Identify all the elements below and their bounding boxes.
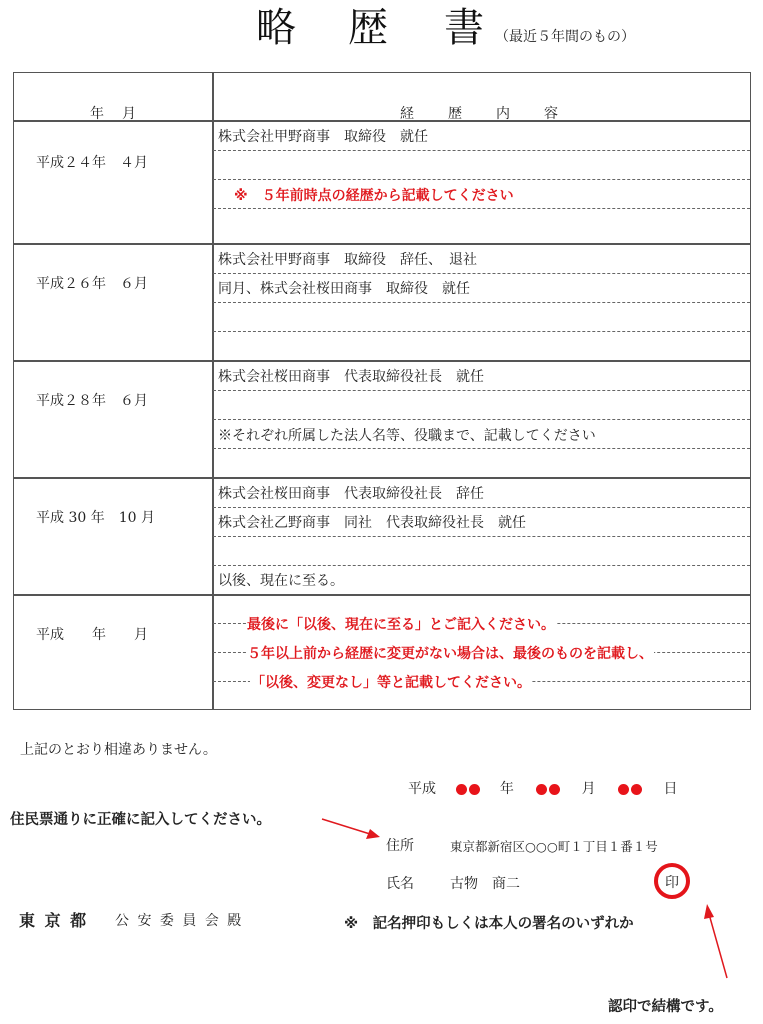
addressee-prefecture: 東 京 都 xyxy=(19,908,88,931)
seal-circle: 印 xyxy=(654,863,690,899)
date-day-label: 日 xyxy=(663,781,677,797)
row-2-line-2: 同月、株式会社桜田商事 取締役 就任 xyxy=(218,278,470,298)
row-2-date: 平成２６年 ６月 xyxy=(36,273,148,293)
row-divider xyxy=(14,477,750,479)
row-1-date: 平成２４年 ４月 xyxy=(36,152,148,172)
dashed-rule xyxy=(213,302,750,303)
title-char-2: 歴 xyxy=(348,4,388,52)
seal-note: 認印で結構です。 xyxy=(608,995,723,1016)
day-dot xyxy=(631,784,642,795)
row-divider xyxy=(14,243,750,245)
dashed-rule xyxy=(213,390,750,391)
dashed-rule xyxy=(213,419,750,420)
row-4-date: 平成 30 年 10 月 xyxy=(36,507,155,527)
row-4-line-2: 株式会社乙野商事 同社 代表取締役社長 就任 xyxy=(218,512,526,532)
year-dot xyxy=(469,784,480,795)
dashed-rule xyxy=(213,331,750,332)
dashed-rule xyxy=(213,565,750,566)
signature-date: 平成 年 月 日 xyxy=(408,778,677,798)
document-title: 略 歴 書 （最近５年間のもの） xyxy=(0,0,763,60)
arrow-icon xyxy=(700,900,734,982)
row-5-instruction-3: 「以後、変更なし」等と記載してください。 xyxy=(250,672,532,692)
row-2-line-1: 株式会社甲野商事 取締役 辞任、 退社 xyxy=(218,249,477,269)
row-3-note: ※それぞれ所属した法人名等、役職まで、記載してください xyxy=(218,425,596,445)
address-value: 東京都新宿区○○○町１丁目１番１号 xyxy=(450,837,658,855)
seal-label: 印 xyxy=(658,872,686,892)
row-1-line-1: 株式会社甲野商事 取締役 就任 xyxy=(218,126,428,146)
declaration-text: 上記のとおり相違ありません。 xyxy=(20,739,217,759)
address-note: 住民票通りに正確に記入してください。 xyxy=(10,808,271,829)
history-table: 年 月 経 歴 内 容 平成２４年 ４月 株式会社甲野商事 取締役 就任 ※ ５… xyxy=(13,72,751,710)
dashed-rule xyxy=(213,448,750,449)
row-3-line-1: 株式会社桜田商事 代表取締役社長 就任 xyxy=(218,366,484,386)
name-value: 古物 商二 xyxy=(450,873,520,893)
dashed-rule xyxy=(213,273,750,274)
title-char-3: 書 xyxy=(444,4,484,52)
row-5-instruction-1: 最後に「以後、現在に至る」とご記入ください。 xyxy=(246,614,556,634)
day-dot xyxy=(618,784,629,795)
date-month-label: 月 xyxy=(582,781,596,797)
month-dot xyxy=(536,784,547,795)
date-year-label: 年 xyxy=(500,781,514,797)
row-5-date: 平成 年 月 xyxy=(36,624,148,644)
row-5-instruction-2: ５年以上前から経歴に変更がない場合は、最後のものを記載し、 xyxy=(246,643,654,663)
title-char-1: 略 xyxy=(256,4,296,52)
row-divider xyxy=(14,594,750,596)
month-dot xyxy=(549,784,560,795)
address-label: 住所 xyxy=(386,835,414,855)
row-4-line-1: 株式会社桜田商事 代表取締役社長 辞任 xyxy=(218,483,484,503)
dashed-rule xyxy=(213,507,750,508)
title-subtitle: （最近５年間のもの） xyxy=(495,26,635,46)
row-divider xyxy=(14,360,750,362)
arrow-icon xyxy=(318,815,382,841)
dashed-rule xyxy=(213,536,750,537)
row-1-instruction: ※ ５年前時点の経歴から記載してください xyxy=(234,185,514,205)
dashed-rule xyxy=(213,150,750,151)
column-divider xyxy=(212,73,214,709)
addressee-office: 公 安 委 員 会 殿 xyxy=(115,910,243,930)
dashed-rule xyxy=(213,208,750,209)
date-era: 平成 xyxy=(408,781,436,797)
sign-note: ※ 記名押印もしくは本人の署名のいずれか xyxy=(344,912,634,933)
dashed-rule xyxy=(213,179,750,180)
row-divider xyxy=(14,120,750,122)
row-4-line-4: 以後、現在に至る。 xyxy=(218,570,344,590)
name-label: 氏名 xyxy=(386,873,414,893)
year-dot xyxy=(456,784,467,795)
row-3-date: 平成２８年 ６月 xyxy=(36,390,148,410)
